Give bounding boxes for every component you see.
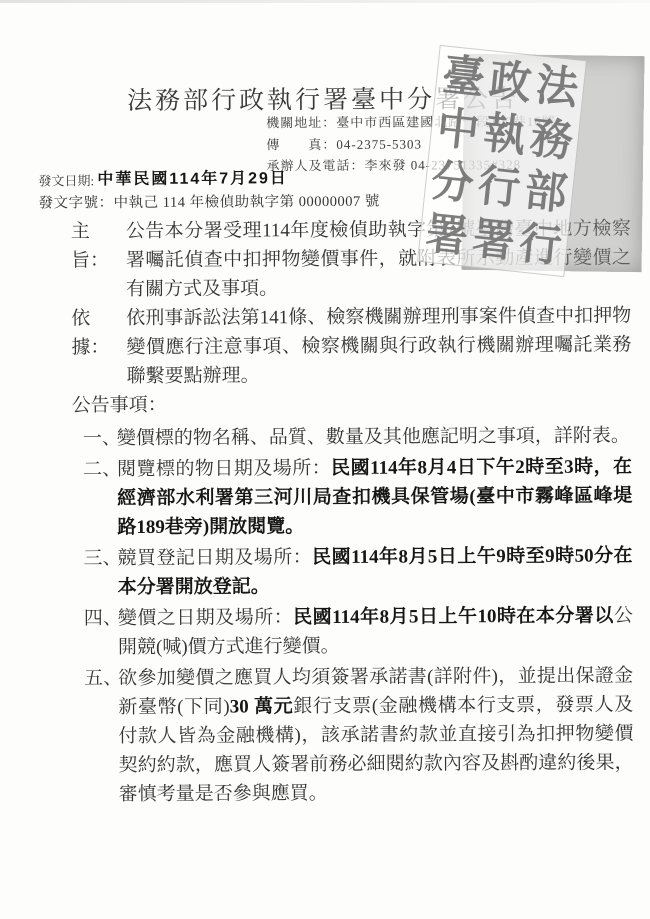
announcement-item-3: 三、競買登記日期及場所：民國114年8月5日上午9時至9時50分在本分署開放登記… xyxy=(83,541,632,602)
agency-contact-value: 李來發 04-23751335#328 xyxy=(364,157,521,173)
agency-contact-line: 承辦人及電話：李來發 04-23751335#328 xyxy=(266,154,556,177)
item-text-segment: 變價標的物名稱、品質、數量及其他應記明之事項，詳附表。 xyxy=(117,425,630,449)
doc-number-label: 發文字號： xyxy=(39,195,114,211)
item-marker: 三、 xyxy=(83,544,117,602)
agency-info-block: 機關地址：臺中市西區建國北路一段100巷16號 傳 真：04-2375-5303… xyxy=(266,111,556,177)
agency-fax-label: 傳 真： xyxy=(266,136,336,151)
subject-text: 公告本分署受理114年度檢偵助執字第7號臺灣臺中地方檢察署囑託偵查中扣押物變價事… xyxy=(126,214,631,304)
item-text: 競買登記日期及場所：民國114年8月5日上午9時至9時50分在本分署開放登記。 xyxy=(117,541,632,602)
item-text-segment: 競買登記日期及場所： xyxy=(117,547,312,569)
doc-number-value: 中執己 114 年檢偵助執字第 00000007 號 xyxy=(114,194,380,211)
issue-date-label: 發文日期: xyxy=(38,173,94,188)
announcement-item-4: 四、變價之日期及場所：民國114年8月5日上午10時在本分署以公開競(喊)價方式… xyxy=(84,601,633,662)
item-marker: 一、 xyxy=(83,424,117,453)
item-text: 閱覽標的物日期及場所：民國114年8月4日下午2時至3時，在經濟部水利署第三河川… xyxy=(117,452,632,542)
item-text: 欲參加變價之應買人均須簽署承諾書(詳附件)，並提出保證金新臺幣(下同)30 萬元… xyxy=(118,661,634,809)
subject-label: 主旨： xyxy=(71,217,126,275)
items-heading: 公告事項： xyxy=(72,388,632,420)
item-text-segment: 變價之日期及場所： xyxy=(118,607,293,629)
agency-address-label: 機關地址： xyxy=(266,115,336,130)
announcement-items: 一、變價標的物名稱、品質、數量及其他應記明之事項，詳附表。二、閱覽標的物日期及場… xyxy=(83,421,634,809)
document-content: 法務部行政執行署臺中分署公告 機關地址：臺中市西區建國北路一段100巷16號 傳… xyxy=(0,0,650,919)
agency-fax-line: 傳 真：04-2375-5303 xyxy=(266,132,556,155)
agency-fax-value: 04-2375-5303 xyxy=(336,136,422,151)
announcement-item-1: 一、變價標的物名稱、品質、數量及其他應記明之事項，詳附表。 xyxy=(83,421,632,453)
subject-section: 主旨： 公告本分署受理114年度檢偵助執字第7號臺灣臺中地方檢察署囑託偵查中扣押… xyxy=(71,214,631,304)
doc-number-line: 發文字號：中執己 114 年檢偵助執字第 00000007 號 xyxy=(39,190,380,213)
basis-section: 依據： 依刑事訴訟法第141條、檢察機關辦理刑事案件偵查中扣押物變價應行注意事項… xyxy=(71,301,631,391)
item-text-segment: 閱覽標的物日期及場所： xyxy=(117,458,331,480)
item-marker: 四、 xyxy=(84,604,118,662)
item-text-bold-segment: 民國114年8月5日上午10時在本分署以 xyxy=(293,605,614,628)
announcement-item-2: 二、閱覽標的物日期及場所：民國114年8月4日下午2時至3時，在經濟部水利署第三… xyxy=(83,452,632,542)
document-body: 主旨： 公告本分署受理114年度檢偵助執字第7號臺灣臺中地方檢察署囑託偵查中扣押… xyxy=(71,214,634,809)
basis-label: 依據： xyxy=(71,304,126,362)
item-text-bold-segment: 30 萬元 xyxy=(230,696,294,717)
announcement-item-5: 五、欲參加變價之應買人均須簽署承諾書(詳附件)，並提出保證金新臺幣(下同)30 … xyxy=(84,661,634,809)
item-marker: 二、 xyxy=(83,455,117,542)
agency-address-value: 臺中市西區建國北路一段100巷16號 xyxy=(336,114,556,130)
issue-date-line: 發文日期: 中華民國114年7月29日 xyxy=(38,166,288,190)
scanned-announcement-page: 法務部行政執行署臺中分署公告 機關地址：臺中市西區建國北路一段100巷16號 傳… xyxy=(0,0,650,919)
item-text: 變價之日期及場所：民國114年8月5日上午10時在本分署以公開競(喊)價方式進行… xyxy=(118,601,633,662)
issue-date-value: 中華民國114年7月29日 xyxy=(97,170,288,188)
agency-address-line: 機關地址：臺中市西區建國北路一段100巷16號 xyxy=(266,111,556,134)
basis-text: 依刑事訴訟法第141條、檢察機關辦理刑事案件偵查中扣押物變價應行注意事項、檢察機… xyxy=(126,301,631,391)
item-text: 變價標的物名稱、品質、數量及其他應記明之事項，詳附表。 xyxy=(117,421,632,453)
item-marker: 五、 xyxy=(84,664,119,809)
